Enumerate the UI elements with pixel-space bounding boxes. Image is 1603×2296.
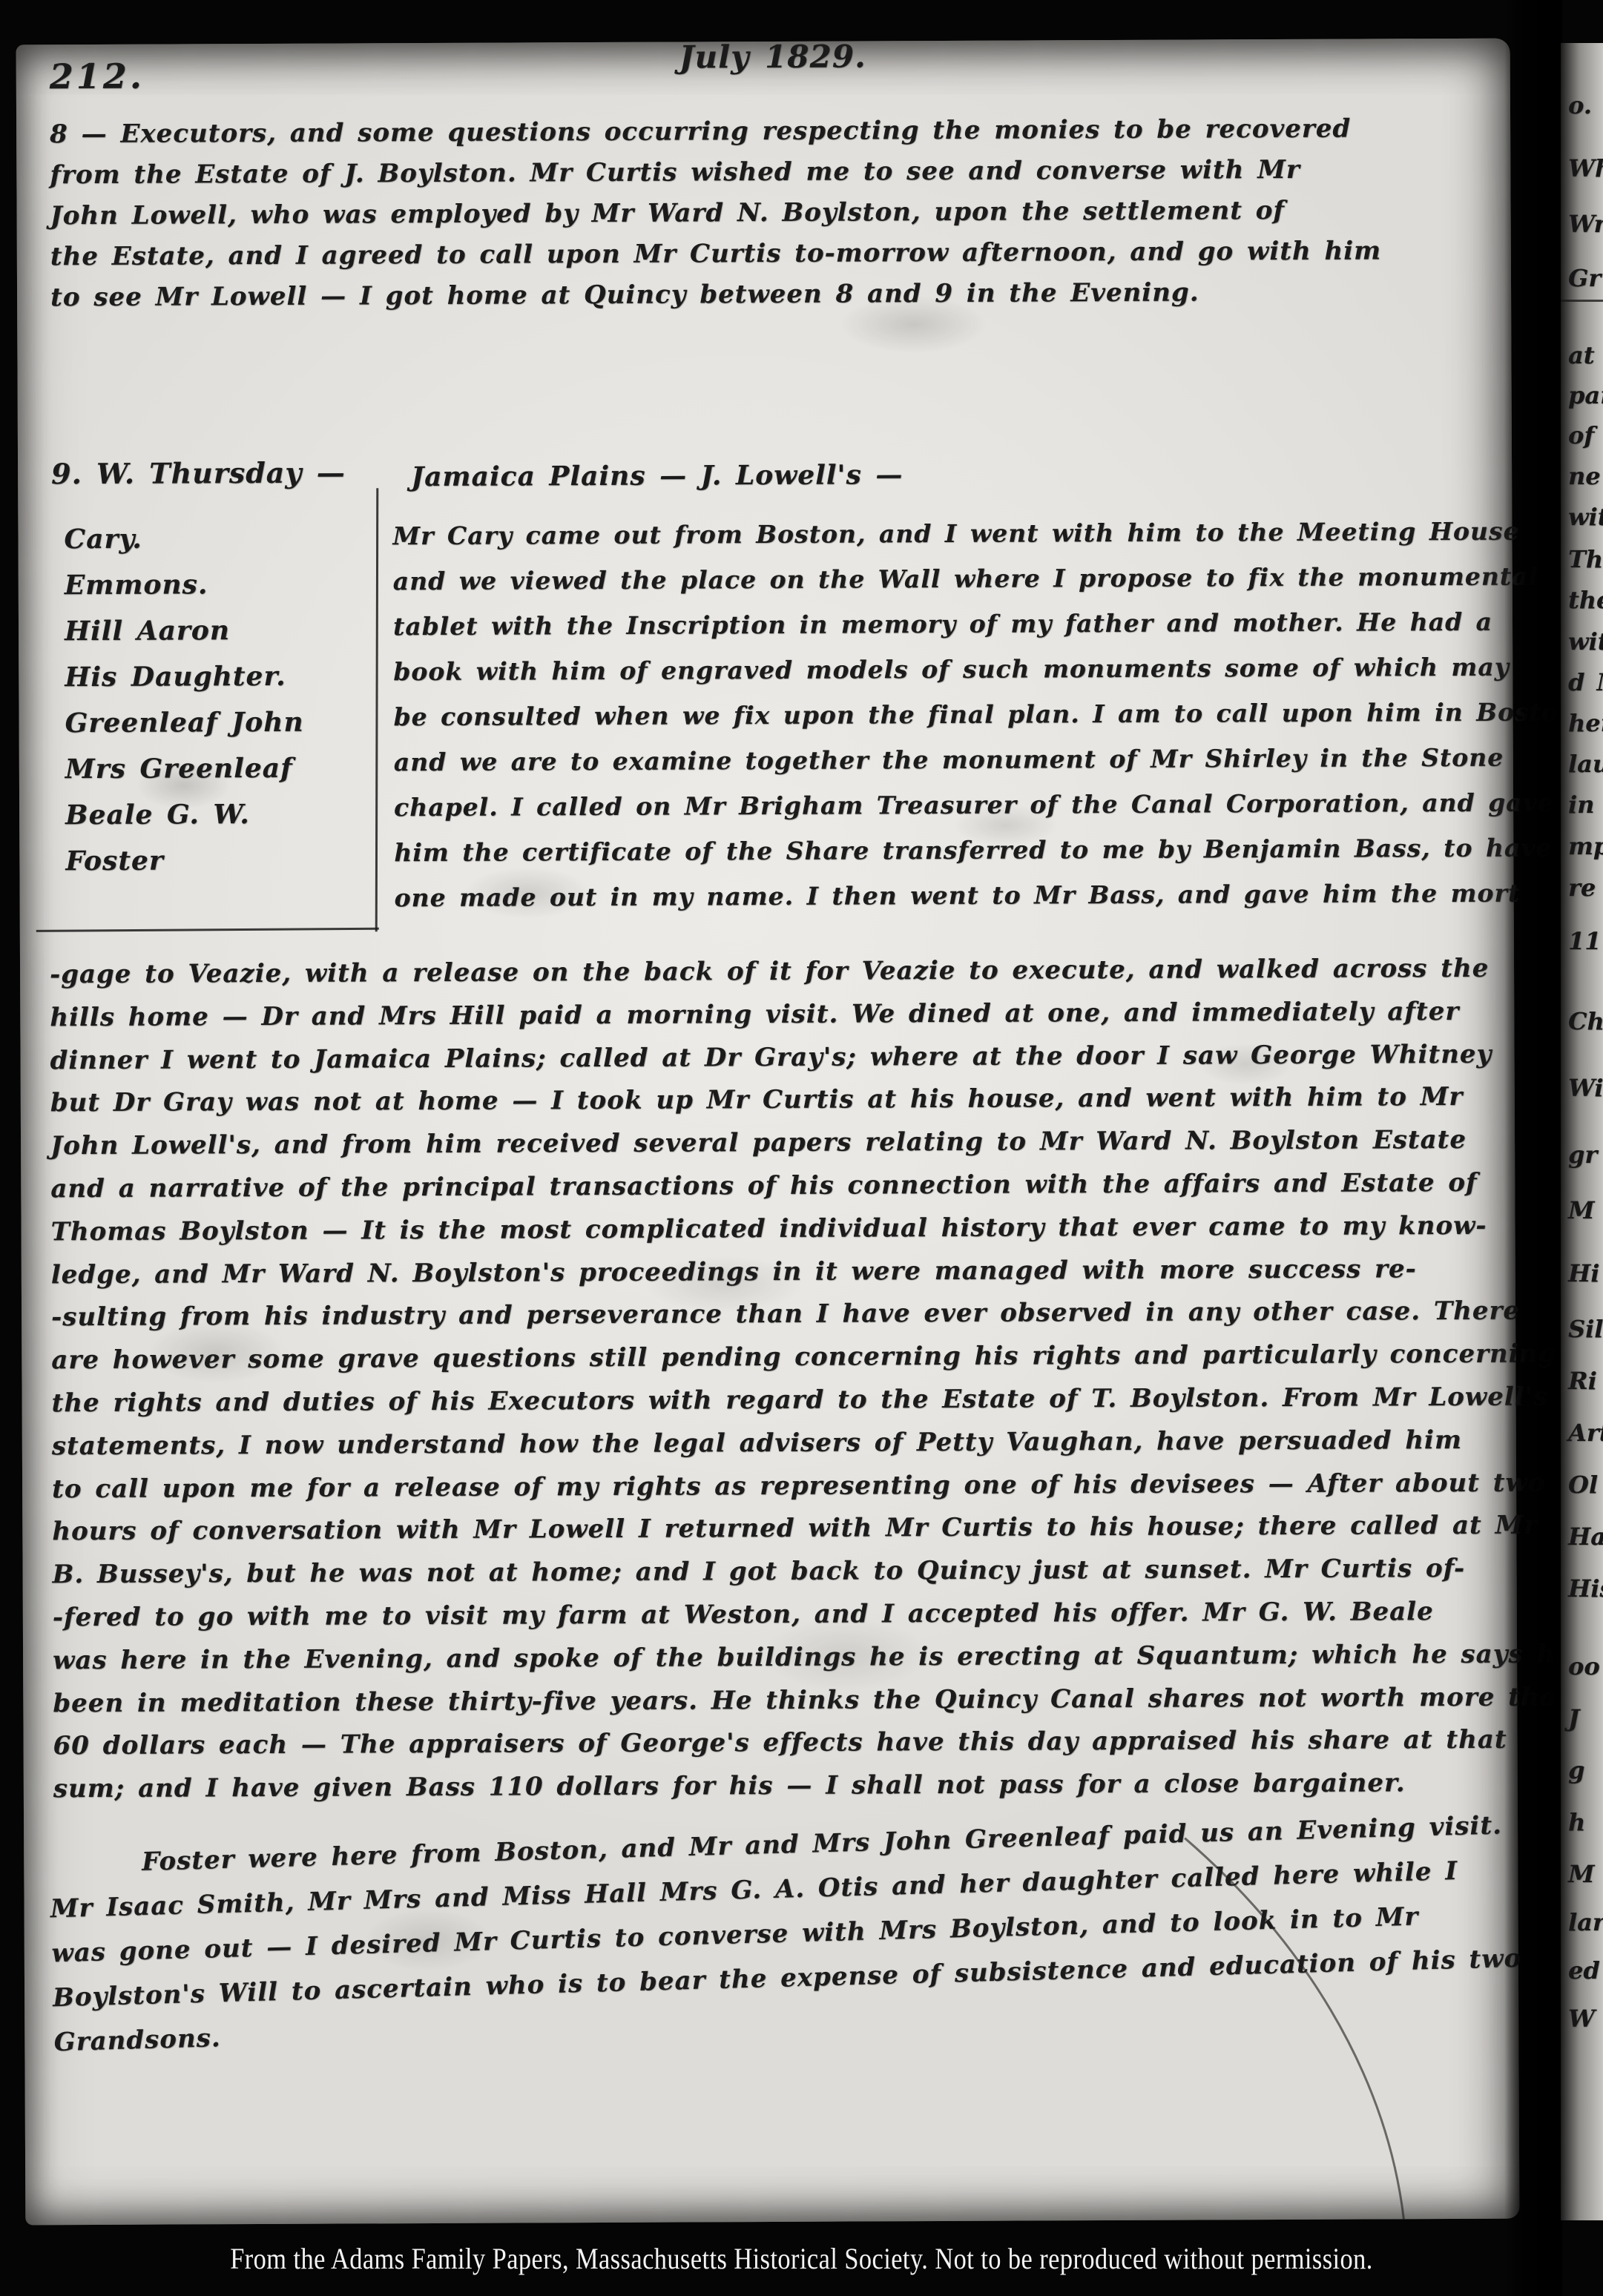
- manuscript-line: chapel. I called on Mr Brigham Treasurer…: [394, 779, 1578, 830]
- text-fragment: J: [1568, 1704, 1579, 1732]
- manuscript-line: ledge, and Mr Ward N. Boylston's proceed…: [51, 1247, 1603, 1297]
- text-fragment: in: [1568, 791, 1594, 819]
- text-fragment: Ch: [1568, 1007, 1603, 1035]
- manuscript-line: -fered to go with me to visit my farm at…: [53, 1590, 1603, 1640]
- text-fragment: re: [1568, 874, 1596, 902]
- manuscript-line: sum; and I have given Bass 110 dollars f…: [53, 1761, 1603, 1811]
- text-fragment: Ri: [1568, 1367, 1597, 1395]
- manuscript-line: the rights and duties of his Executors w…: [51, 1376, 1603, 1425]
- text-fragment: of g: [1568, 421, 1603, 449]
- margin-name: Beale G. W.: [65, 791, 304, 838]
- manuscript-line: book with him of engraved models of such…: [393, 644, 1577, 694]
- text-fragment: W: [1568, 2005, 1595, 2033]
- text-fragment: Ol: [1568, 1471, 1598, 1499]
- text-fragment: here: [1568, 709, 1603, 737]
- diary-page: 212. July 1829. 8 — Executors, and some …: [16, 39, 1520, 2226]
- text-fragment: 11. W: [1568, 927, 1603, 955]
- text-fragment: lau: [1568, 750, 1603, 778]
- date-header: July 1829.: [313, 36, 1233, 76]
- manuscript-line: John Lowell's, and from him received sev…: [50, 1118, 1603, 1168]
- text-fragment: ne: [1568, 462, 1601, 490]
- text-fragment: Sil: [1568, 1315, 1603, 1343]
- text-fragment: o.: [1568, 91, 1592, 119]
- text-fragment: g: [1568, 1756, 1584, 1784]
- text-fragment: d M: [1568, 668, 1603, 696]
- page-number: 212.: [50, 56, 145, 97]
- manuscript-line: Thomas Boylston — It is the most complic…: [50, 1204, 1603, 1254]
- manuscript-line: Mr Cary came out from Boston, and I went…: [392, 508, 1576, 558]
- fragment-rule: [1561, 300, 1603, 302]
- manuscript-line: are however some grave questions still p…: [51, 1333, 1603, 1382]
- manuscript-line: hills home — Dr and Mrs Hill paid a morn…: [50, 990, 1602, 1040]
- margin-vertical-rule: [375, 488, 379, 931]
- text-fragment: lar: [1568, 1908, 1603, 1936]
- manuscript-line: and a narrative of the principal transac…: [50, 1161, 1603, 1211]
- manuscript-line: -gage to Veazie, with a release on the b…: [50, 947, 1602, 997]
- text-fragment: The: [1568, 545, 1603, 573]
- credit-line: From the Adams Family Papers, Massachuse…: [112, 2241, 1490, 2276]
- manuscript-line: one made out in my name. I then went to …: [394, 870, 1578, 920]
- manuscript-line: from the Estate of J. Boylston. Mr Curti…: [50, 149, 1380, 196]
- entry-july-9-place-heading: Jamaica Plains — J. Lowell's —: [411, 459, 903, 492]
- manuscript-line: to see Mr Lowell — I got home at Quincy …: [50, 271, 1381, 318]
- entry-july-8: 8 — Executors, and some questions occurr…: [50, 108, 1381, 318]
- text-fragment: Art: [1568, 1419, 1603, 1447]
- manuscript-line: and we viewed the place on the Wall wher…: [393, 553, 1577, 604]
- manuscript-line: tablet with the Inscription in memory of…: [393, 598, 1577, 649]
- manuscript-line: dinner I went to Jamaica Plains; called …: [50, 1033, 1602, 1083]
- entry-july-9-dateline: 9. W. Thursday —: [51, 455, 346, 490]
- entry-july-9-column-text: Mr Cary came out from Boston, and I went…: [392, 508, 1578, 920]
- margin-name: Hill Aaron: [65, 607, 303, 654]
- text-fragment: Ha: [1568, 1523, 1603, 1551]
- entry-july-9-closing-text: Foster were here from Boston, and Mr and…: [48, 1803, 1523, 2065]
- text-fragment: h: [1568, 1808, 1585, 1836]
- text-fragment: M: [1568, 1860, 1594, 1888]
- facing-page-sliver: o. Wh Wr Gr at 6. part of g ne with The …: [1561, 43, 1603, 2220]
- manuscript-line: statements, I now understand how the leg…: [52, 1419, 1603, 1468]
- manuscript-line: John Lowell, who was employed by Mr Ward…: [50, 190, 1380, 237]
- manuscript-line: and we are to examine together the monum…: [394, 734, 1578, 785]
- manuscript-scan: 212. July 1829. 8 — Executors, and some …: [0, 0, 1603, 2296]
- text-fragment: at 6.: [1568, 341, 1603, 369]
- margin-visitor-list: Cary. Emmons. Hill Aaron His Daughter. G…: [64, 515, 304, 884]
- text-fragment: Wh: [1568, 154, 1603, 182]
- manuscript-line: to call upon me for a release of my righ…: [52, 1462, 1603, 1511]
- manuscript-line: hours of conversation with Mr Lowell I r…: [52, 1504, 1603, 1554]
- manuscript-line: but Dr Gray was not at home — I took up …: [50, 1075, 1603, 1125]
- text-fragment: M: [1568, 1196, 1594, 1224]
- margin-name: Mrs Greenleaf: [65, 745, 304, 792]
- text-fragment: Wil: [1568, 1074, 1603, 1102]
- margin-name: Cary.: [64, 515, 303, 562]
- manuscript-line: B. Bussey's, but he was not at home; and…: [52, 1547, 1603, 1597]
- manuscript-line: be consulted when we fix upon the final …: [393, 689, 1577, 739]
- text-fragment: gr: [1568, 1141, 1597, 1169]
- margin-name: His Daughter.: [65, 653, 303, 700]
- manuscript-line: -sulting from his industry and persevera…: [51, 1290, 1603, 1339]
- text-fragment: Gr: [1568, 264, 1601, 292]
- manuscript-line: him the certificate of the Share transfe…: [394, 825, 1578, 875]
- text-fragment: with: [1568, 627, 1603, 656]
- text-fragment: Hi: [1568, 1259, 1599, 1287]
- text-fragment: there: [1568, 586, 1603, 614]
- text-fragment: oo: [1568, 1652, 1600, 1680]
- manuscript-line: 8 — Executors, and some questions occurr…: [50, 108, 1380, 155]
- margin-bottom-rule: [36, 928, 379, 932]
- text-fragment: Wr: [1568, 210, 1603, 238]
- margin-name: Foster: [65, 837, 304, 884]
- text-fragment: part: [1568, 381, 1603, 409]
- margin-name: Greenleaf John: [65, 699, 303, 746]
- manuscript-line: 60 dollars each — The appraisers of Geor…: [53, 1718, 1603, 1768]
- text-fragment: ed: [1568, 1956, 1600, 1985]
- manuscript-line: been in meditation these thirty-five yea…: [53, 1676, 1603, 1726]
- manuscript-line: was here in the Evening, and spoke of th…: [53, 1633, 1603, 1683]
- binding-gutter-shadow: [1504, 0, 1562, 2296]
- entry-july-9-body-text: -gage to Veazie, with a release on the b…: [50, 947, 1603, 1811]
- text-fragment: mpa: [1568, 832, 1603, 860]
- manuscript-line: the Estate, and I agreed to call upon Mr…: [50, 231, 1381, 277]
- text-fragment: His: [1568, 1574, 1603, 1603]
- margin-name: Emmons.: [65, 561, 303, 608]
- text-fragment: with: [1568, 503, 1603, 531]
